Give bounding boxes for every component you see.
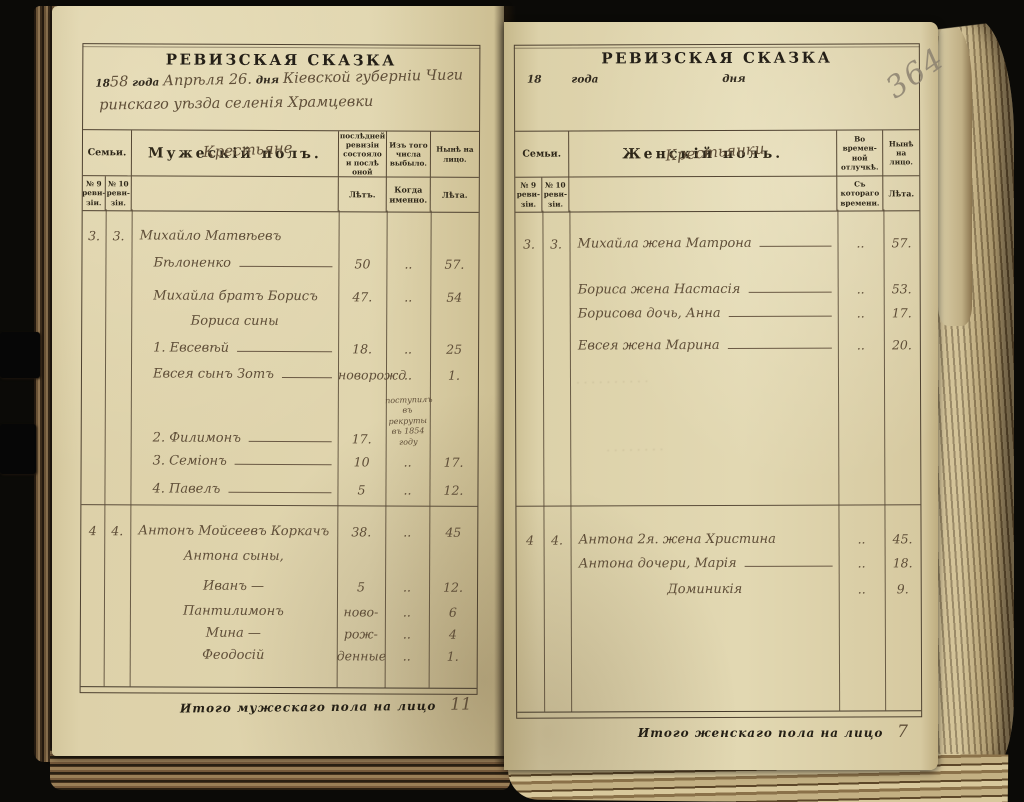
ruled-dash xyxy=(239,266,332,267)
family-no-rev10: 3. xyxy=(106,228,132,244)
departed-when: .. xyxy=(385,524,429,540)
family-no-rev9 xyxy=(81,496,104,497)
family-no-rev10 xyxy=(543,298,570,299)
family-no-rev9 xyxy=(517,572,544,573)
family-no-rev10 xyxy=(104,593,130,594)
departed-when: .. xyxy=(386,256,430,272)
header-present: Нынѣ на лицо. xyxy=(431,132,479,178)
age-previous-revision: новорожд xyxy=(338,367,386,383)
family-no-rev9 xyxy=(81,563,104,564)
family-no-rev9 xyxy=(81,593,104,594)
age-previous-revision: 50 xyxy=(338,256,386,272)
age-now xyxy=(429,565,477,566)
family-no-rev9 xyxy=(82,303,105,304)
family-no-rev10 xyxy=(105,381,131,382)
book-clamp xyxy=(0,424,36,474)
age-previous-revision: 5 xyxy=(337,482,385,498)
person-name-text: Мина — xyxy=(206,626,261,641)
left-form: РЕВИЗСКАЯ СКАЗКА 1858 года Апрѣля 26. дн… xyxy=(80,43,481,695)
age-now: 54 xyxy=(430,290,478,306)
family-no-rev10: 3. xyxy=(542,237,569,253)
total-female-label: Итого женскаго пола на лицо xyxy=(638,726,883,740)
ruled-dash xyxy=(235,464,332,465)
table-row: Бориса сины xyxy=(82,309,478,331)
person-name: 2. Филимонъ xyxy=(131,430,338,447)
person-name: Пантилимонъ xyxy=(130,603,337,620)
person-name: Евсея сынъ Зотъ xyxy=(131,366,338,383)
person-name-text: Михайла братъ Борисъ xyxy=(153,288,318,304)
family-no-rev9 xyxy=(82,381,105,382)
photo-backdrop: РЕВИЗСКАЯ СКАЗКА 1858 года Апрѣля 26. дн… xyxy=(0,0,1024,802)
family-no-rev10 xyxy=(105,303,131,304)
age-now: 6 xyxy=(429,605,477,621)
person-name-text: Бориса сины xyxy=(191,314,279,329)
age-now: 57. xyxy=(430,257,478,273)
total-male-label: Итого мужескаго пола на лицо xyxy=(180,699,436,716)
person-name-text: 2. Филимонъ xyxy=(153,430,241,445)
person-name: Бориса сины xyxy=(131,313,338,330)
age-now: 53. xyxy=(884,281,920,297)
family-no-rev10 xyxy=(104,618,130,619)
table-row: Борисова дочь, Анна..17. xyxy=(516,301,920,322)
person-name-text: Евсея жена Марина xyxy=(578,338,720,353)
age-previous-revision: 17. xyxy=(338,431,386,447)
table-row: 3.3.Михайла жена Матрона..57. xyxy=(515,231,919,252)
header-name-blank xyxy=(132,176,339,211)
person-name-text: Доминикія xyxy=(667,582,742,597)
age-now xyxy=(430,330,478,331)
person-name-text: Михайла жена Матрона xyxy=(577,236,751,252)
age-previous-revision: 47. xyxy=(338,289,386,305)
table-row: 44.Антонъ Мойсеевъ Коркачъ38...45 xyxy=(81,519,477,541)
departed-when: .. xyxy=(386,367,430,383)
person-name: Иванъ — xyxy=(130,578,337,595)
person-name-text: Антона дочери, Марія xyxy=(579,556,737,572)
family-no-rev9 xyxy=(81,640,104,641)
age-now: 4 xyxy=(429,627,477,643)
date-line-2: ринскаго уѣзда селенія Храмцевки xyxy=(99,93,469,114)
header-family: Семьи. xyxy=(515,132,569,178)
person-name: Бориса жена Настасія xyxy=(570,282,838,299)
ruled-dash xyxy=(237,351,332,352)
table-row: Пантилимонъново-..6 xyxy=(81,599,477,621)
family-no-rev9 xyxy=(82,355,105,356)
age-previous-revision: 5 xyxy=(337,579,385,595)
right-page: РЕВИЗСКАЯ СКАЗКА 18 года дня Семьи. Женс… xyxy=(504,22,938,770)
header-rev9: № 9 реви­зіи. xyxy=(83,176,106,210)
family-no-rev10 xyxy=(543,354,570,355)
header-present-sub: Лѣта. xyxy=(431,178,479,212)
person-name: Михайло Матвѣевъ xyxy=(132,228,339,245)
departed-when: .. xyxy=(385,604,429,620)
year-prefix: 18 xyxy=(527,74,542,86)
family-no-rev10 xyxy=(104,662,130,663)
person-name-text: Феодосій xyxy=(202,648,264,663)
family-no-rev9: 3. xyxy=(83,228,106,244)
age-now: 25 xyxy=(430,342,478,358)
date-line: 18 года дня xyxy=(527,70,909,85)
departed-when xyxy=(387,244,431,245)
person-name-text: Бориса жена Настасія xyxy=(578,282,741,298)
person-name: Антона 2я. жена Христина xyxy=(571,532,839,549)
family-no-rev9 xyxy=(516,322,543,323)
age-now: 1. xyxy=(430,368,478,384)
ruled-dash xyxy=(760,246,832,247)
family-no-rev10 xyxy=(105,445,131,446)
person-name: 1. Евсевѣй xyxy=(131,340,338,357)
departed-when: .. xyxy=(385,579,429,595)
person-name: Евсея жена Марина xyxy=(570,338,838,355)
age-previous-revision: рож- xyxy=(337,626,385,642)
book-clamp xyxy=(0,332,40,378)
table-row: 3.3.Михайло Матвѣевъ xyxy=(83,224,479,246)
header-rev10: № 10 реви­зіи. xyxy=(106,176,132,210)
person-name-text: 4. Павелъ xyxy=(152,481,220,496)
age-now: 17. xyxy=(430,455,478,471)
age-now: 1. xyxy=(429,649,477,665)
page-title: РЕВИЗСКАЯ СКАЗКА xyxy=(515,48,919,67)
header-present-sub: Лѣта. xyxy=(883,176,919,210)
age-now: 45 xyxy=(429,525,477,541)
age-now: 12. xyxy=(429,580,477,596)
age-previous-revision xyxy=(338,329,386,330)
family-no-rev10 xyxy=(104,640,130,641)
day-label: дня xyxy=(256,74,280,86)
family-no-rev10 xyxy=(543,322,570,323)
person-name: Феодосій xyxy=(130,647,337,664)
age-now: 20. xyxy=(884,337,920,353)
departed-when xyxy=(385,564,429,565)
header-away: Во времен­ной отлуч­кѣ. xyxy=(837,130,883,176)
departed-when: .. xyxy=(385,482,429,498)
age-now: 57. xyxy=(883,235,919,251)
person-name-text: Иванъ — xyxy=(203,579,264,594)
departed-when: .. xyxy=(385,626,429,642)
table-row: Михайла братъ Борисъ47...54 xyxy=(82,284,478,306)
person-name: 3. Семіонъ xyxy=(131,453,338,470)
family-divider xyxy=(516,504,920,507)
family-no-rev9: 4 xyxy=(81,523,104,539)
age-previous-revision: 38. xyxy=(337,524,385,540)
header-away-sub: Съ котораго времени. xyxy=(837,176,883,210)
person-name-text: Бѣлоненко xyxy=(153,255,231,270)
date-line: 1858 года Апрѣля 26. дня Кіевской губерн… xyxy=(95,67,469,91)
departed-when: .. xyxy=(386,454,430,470)
date-handwritten: Апрѣля 26. xyxy=(163,72,252,90)
table-row: Антона дочери, Марія..18. xyxy=(517,551,921,572)
away-since: .. xyxy=(838,281,884,297)
away-since: .. xyxy=(838,337,884,353)
age-now: 18. xyxy=(885,555,921,571)
ruled-dash xyxy=(745,566,833,567)
total-female-value: 7 xyxy=(887,722,908,742)
person-name: Антонъ Мойсеевъ Коркачъ xyxy=(130,523,337,540)
departed-when: .. xyxy=(386,289,430,305)
person-name-text: Антонъ Мойсеевъ Коркачъ xyxy=(138,523,329,539)
person-name: Антона дочери, Марія xyxy=(571,556,839,573)
total-male: Итого мужескаго пола на лицо 11 xyxy=(180,694,472,717)
person-name: Бѣлоненко xyxy=(131,255,338,272)
family-no-rev9 xyxy=(517,598,544,599)
header-prev-revision: По послѣдней ревизіи состо­яло и послѣ о… xyxy=(339,131,387,177)
header-family: Семьи. xyxy=(83,130,132,176)
person-name-text: Михайло Матвѣевъ xyxy=(140,228,282,244)
departure-note: поступилъвъ рекрутывъ 1854 году xyxy=(385,395,431,448)
page-title: РЕВИЗСКАЯ СКАЗКА xyxy=(83,50,479,70)
year-label: года xyxy=(571,73,598,85)
family-no-rev9 xyxy=(81,618,104,619)
person-name-text: Борисова дочь, Анна xyxy=(578,306,721,321)
place-handwritten-1: Кіевской губерніи Чиги xyxy=(283,67,463,87)
family-no-rev10 xyxy=(544,598,571,599)
ruled-dash xyxy=(728,348,832,349)
person-name-text: 3. Семіонъ xyxy=(153,453,227,468)
family-no-rev9 xyxy=(82,445,105,446)
age-now: 12. xyxy=(429,483,477,499)
year-prefix: 18 xyxy=(95,77,110,89)
header-name-blank xyxy=(569,177,837,212)
table-row: 1. Евсевѣй18...25 xyxy=(82,336,478,358)
left-page: РЕВИЗСКАЯ СКАЗКА 1858 года Апрѣля 26. дн… xyxy=(52,6,504,756)
family-no-rev10: 4. xyxy=(104,523,130,539)
away-since: .. xyxy=(837,235,883,251)
age-now xyxy=(431,245,479,246)
ruled-dash xyxy=(282,377,332,378)
family-no-rev9 xyxy=(516,354,543,355)
table-row: Мина —рож-..4 xyxy=(81,621,477,643)
away-since: .. xyxy=(838,305,884,321)
family-no-rev9 xyxy=(81,662,104,663)
person-name: Михайла братъ Борисъ xyxy=(131,288,338,305)
family-no-rev9 xyxy=(82,270,105,271)
age-now: 9. xyxy=(885,581,921,597)
header-present: Нынѣ на лицо. xyxy=(883,130,919,176)
age-now: 17. xyxy=(884,305,920,321)
header-prev-sub: Лѣтъ. xyxy=(339,177,387,211)
age-now: 45. xyxy=(885,531,921,547)
person-name: Антона сыны, xyxy=(130,548,337,565)
away-since: .. xyxy=(839,555,885,571)
total-male-value: 11 xyxy=(440,694,472,714)
departed-when: .. xyxy=(385,648,429,664)
person-name-text: 1. Евсевѣй xyxy=(153,340,229,355)
away-since: .. xyxy=(839,531,885,547)
person-name: Мина — xyxy=(130,625,337,642)
person-name: Доминикія xyxy=(571,582,839,599)
table-row: Бориса жена Настасія..53. xyxy=(516,277,920,298)
away-since: .. xyxy=(839,581,885,597)
family-no-rev9: 4 xyxy=(517,533,544,549)
place-handwritten-2: ринскаго уѣзда селенія Храмцевки xyxy=(99,94,373,114)
family-divider xyxy=(81,504,477,507)
table-row: Доминикія..9. xyxy=(517,577,921,598)
family-no-rev9 xyxy=(82,468,105,469)
year-handwritten: 58 xyxy=(110,74,129,90)
table-row: Феодосійденные..1. xyxy=(81,643,477,665)
departed-when: .. xyxy=(386,341,430,357)
table-row: Бѣлоненко50..57. xyxy=(82,251,478,273)
table-row: Евсея жена Марина..20. xyxy=(516,333,920,354)
table-row: Евсея сынъ Зотъноворожд..1. xyxy=(82,362,478,384)
family-no-rev10 xyxy=(105,468,131,469)
day-label: дня xyxy=(722,73,745,85)
age-now xyxy=(430,447,478,448)
family-no-rev9: 3. xyxy=(515,237,542,253)
family-no-rev10: 4. xyxy=(544,533,571,549)
table-body: 3.3.Михайла жена Матрона..57.Бориса жена… xyxy=(515,209,921,712)
header-departed: Изъ того числа вы­было. xyxy=(387,131,431,177)
person-name: Михайла жена Матрона xyxy=(569,236,837,253)
table-row: 3. Семіонъ10..17. xyxy=(82,449,478,471)
age-previous-revision xyxy=(339,244,387,245)
person-name-text: Евсея сынъ Зотъ xyxy=(153,366,274,382)
ruled-dash xyxy=(729,316,832,317)
year-label: года xyxy=(132,76,159,89)
ruled-dash xyxy=(228,492,331,493)
person-name-text: Антона 2я. жена Христина xyxy=(579,532,776,548)
person-name: 4. Павелъ xyxy=(130,481,337,498)
person-name-text: Антона сыны, xyxy=(184,549,284,564)
right-form: РЕВИЗСКАЯ СКАЗКА 18 года дня Семьи. Женс… xyxy=(514,43,922,718)
family-no-rev10 xyxy=(105,270,131,271)
person-name-text: Пантилимонъ xyxy=(183,604,284,619)
family-no-rev9 xyxy=(82,328,105,329)
table-row: Антона сыны, xyxy=(81,544,477,566)
age-previous-revision xyxy=(337,564,385,565)
family-no-rev10 xyxy=(104,496,130,497)
table-body: 3.3.Михайло МатвѣевъБѣлоненко50..57.Миха… xyxy=(81,209,479,689)
table-row: 2. Филимонъ17.поступилъвъ рекрутывъ 1854… xyxy=(82,394,478,448)
table-row: 44.Антона 2я. жена Христина..45. xyxy=(517,527,921,548)
header-rev10: № 10 реви­зіи. xyxy=(542,178,569,212)
age-previous-revision: 10 xyxy=(338,454,386,470)
family-no-rev10 xyxy=(544,572,571,573)
family-no-rev10 xyxy=(105,355,131,356)
table-row: 4. Павелъ5..12. xyxy=(81,477,477,499)
person-name: Борисова дочь, Анна xyxy=(570,306,838,323)
header-rev9: № 9 реви­зіи. xyxy=(515,178,542,212)
family-no-rev10 xyxy=(104,563,130,564)
departed-when xyxy=(386,329,430,330)
age-previous-revision: денные xyxy=(337,648,385,664)
total-female: Итого женскаго пола на лицо 7 xyxy=(638,722,908,742)
family-no-rev9 xyxy=(516,298,543,299)
age-previous-revision: 18. xyxy=(338,341,386,357)
age-previous-revision: ново- xyxy=(337,604,385,620)
ruled-dash xyxy=(748,292,831,293)
ruled-dash xyxy=(249,441,332,442)
family-no-rev10 xyxy=(105,328,131,329)
table-row: Иванъ —5..12. xyxy=(81,574,477,596)
header-departed-sub: Когда имен­но. xyxy=(387,177,431,211)
